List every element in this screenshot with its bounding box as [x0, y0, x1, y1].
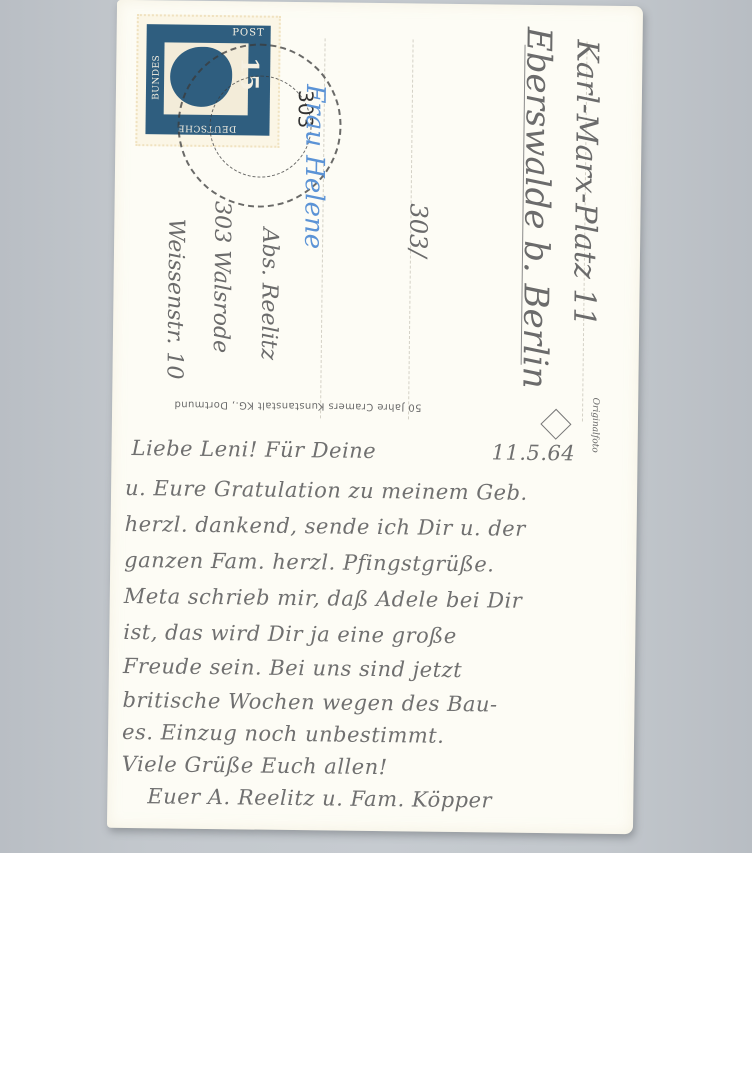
photo-brand-stamp: Originalfoto	[590, 398, 601, 453]
sender-city: 303 Walsrode	[208, 201, 235, 353]
message-line-1: Liebe Leni! Für Deine	[131, 436, 376, 463]
stamp-post-text: POST	[232, 27, 265, 38]
reference-number: 303/	[404, 203, 433, 257]
message-line-10: Viele Grüße Euch allen!	[122, 752, 388, 779]
sender-name-blue: Frau Helene	[298, 84, 330, 249]
address-street: Karl-Marx-Platz 11	[566, 39, 605, 326]
printer-imprint: 50 Jahre Cramers Kunstanstalt KG., Dortm…	[174, 399, 421, 413]
postcard: POST BUNDES 15 DEUTSCHE 303 Frau Helene …	[107, 0, 643, 834]
message-line-3: herzl. dankend, sende ich Dir u. der	[125, 512, 526, 541]
sender-abs: Abs. Reelitz	[256, 228, 283, 361]
stamp-bundes-text: BUNDES	[151, 55, 162, 100]
sender-street: Weissenstr. 10	[161, 218, 188, 379]
message-line-5: Meta schrieb mir, daß Adele bei Dir	[124, 584, 523, 613]
message-line-4: ganzen Fam. herzl. Pfingstgrüße.	[124, 548, 494, 577]
message-line-6: ist, das wird Dir ja eine große	[123, 620, 457, 648]
message-line-7: Freude sein. Bei uns sind jetzt	[123, 654, 462, 682]
message-signature: Euer A. Reelitz u. Fam. Köpper	[147, 784, 492, 812]
publisher-logo-icon	[540, 409, 571, 440]
message-date: 11.5.64	[491, 440, 575, 465]
message-line-9: es. Einzug noch unbestimmt.	[122, 720, 445, 748]
message-line-2: u. Eure Gratulation zu meinem Geb.	[125, 476, 528, 505]
message-line-8: britische Wochen wegen des Bau-	[122, 688, 497, 717]
